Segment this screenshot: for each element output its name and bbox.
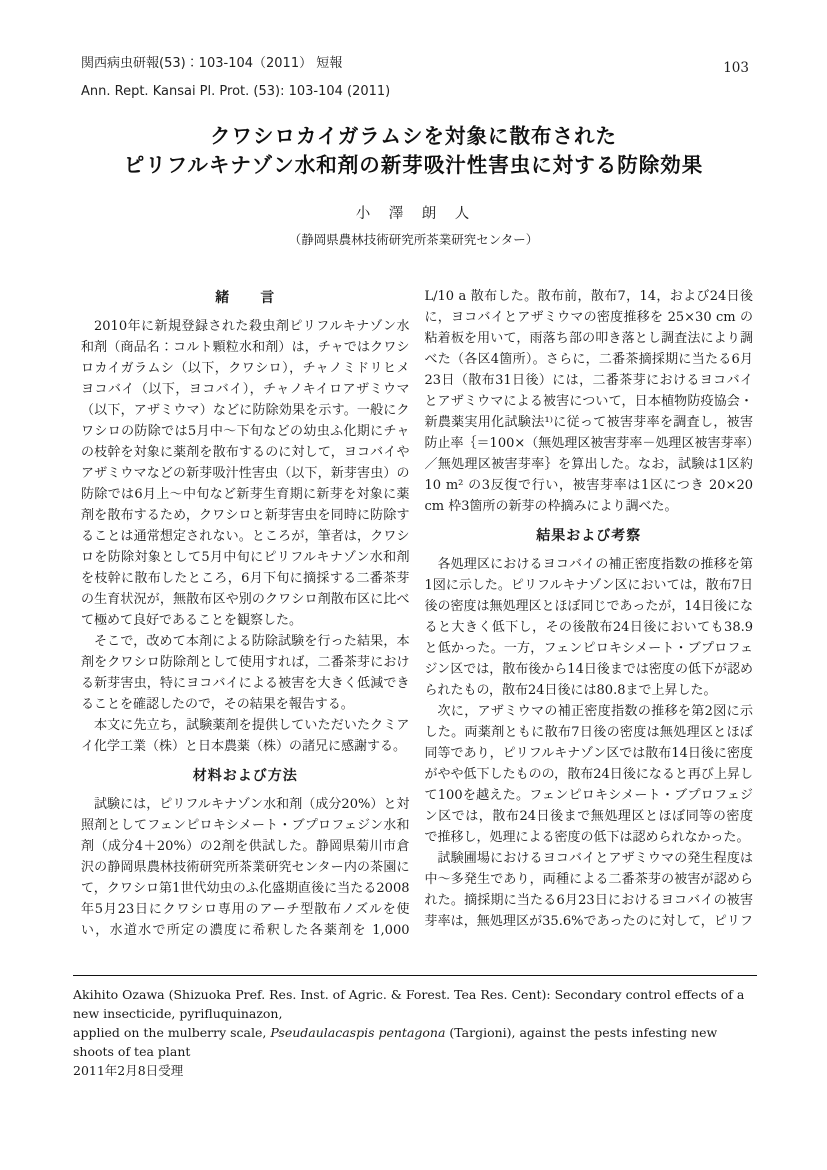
article-title: クワシロカイガラムシを対象に散布された ピリフルキナゾン水和剤の新芽吸汁性害虫に… — [0, 122, 827, 180]
title-block: クワシロカイガラムシを対象に散布された ピリフルキナゾン水和剤の新芽吸汁性害虫に… — [0, 122, 827, 248]
author-name: 小 澤 朗 人 — [0, 202, 827, 223]
section-heading-materials-methods: 材料および方法 — [81, 766, 410, 787]
species-name: Pseudaulacaspis pentagona — [270, 1025, 445, 1040]
article-body: 緒 言 2010年に新規登録された殺虫剤ピリフルキナゾン水和剤（商品名：コルト顆… — [81, 286, 753, 958]
section-heading-introduction: 緒 言 — [81, 288, 410, 309]
author-affiliation: （静岡県農林技術研究所茶業研究センター） — [0, 230, 827, 248]
paragraph: 次に，アザミウマの補正密度指数の推移を第2図に示した。両薬剤ともに散布7日後の密… — [425, 701, 754, 848]
section-introduction: 緒 言 2010年に新規登録された殺虫剤ピリフルキナゾン水和剤（商品名：コルト顆… — [81, 288, 410, 757]
paragraph: 2010年に新規登録された殺虫剤ピリフルキナゾン水和剤（商品名：コルト顆粒水和剤… — [81, 316, 410, 631]
journal-page: 関西病虫研報(53)：103-104（2011） 短報 Ann. Rept. K… — [0, 0, 827, 1170]
running-head: 関西病虫研報(53)：103-104（2011） 短報 Ann. Rept. K… — [81, 57, 753, 98]
footnote: Akihito Ozawa (Shizuoka Pref. Res. Inst.… — [73, 975, 757, 1080]
article-title-line2: ピリフルキナゾン水和剤の新芽吸汁性害虫に対する防除効果 — [0, 151, 827, 180]
journal-citation-en: Ann. Rept. Kansai Pl. Prot. (53): 103-10… — [81, 85, 753, 98]
footnote-english-line2: applied on the mulberry scale, Pseudaula… — [73, 1023, 757, 1061]
section-heading-results-discussion: 結果および考察 — [425, 526, 754, 547]
paragraph: そこで，改めて本剤による防除試験を行った結果，本剤をクワシロ防除剤として使用すれ… — [81, 631, 410, 715]
paragraph: 各処理区におけるヨコバイの補正密度指数の推移を第1図に示した。ピリフルキナゾン区… — [425, 554, 754, 701]
journal-citation-jp: 関西病虫研報(53)：103-104（2011） 短報 — [81, 57, 753, 70]
footnote-english-line1: Akihito Ozawa (Shizuoka Pref. Res. Inst.… — [73, 985, 757, 1023]
page-number: 103 — [723, 60, 749, 76]
paragraph: 本文に先立ち，試験薬剤を提供していただいたクミアイ化学工業（株）と日本農薬（株）… — [81, 715, 410, 757]
footnote-received-date: 2011年2月8日受理 — [73, 1061, 757, 1080]
footnote-line2-pre: applied on the mulberry scale, — [73, 1025, 270, 1040]
article-title-line1: クワシロカイガラムシを対象に散布された — [0, 122, 827, 151]
